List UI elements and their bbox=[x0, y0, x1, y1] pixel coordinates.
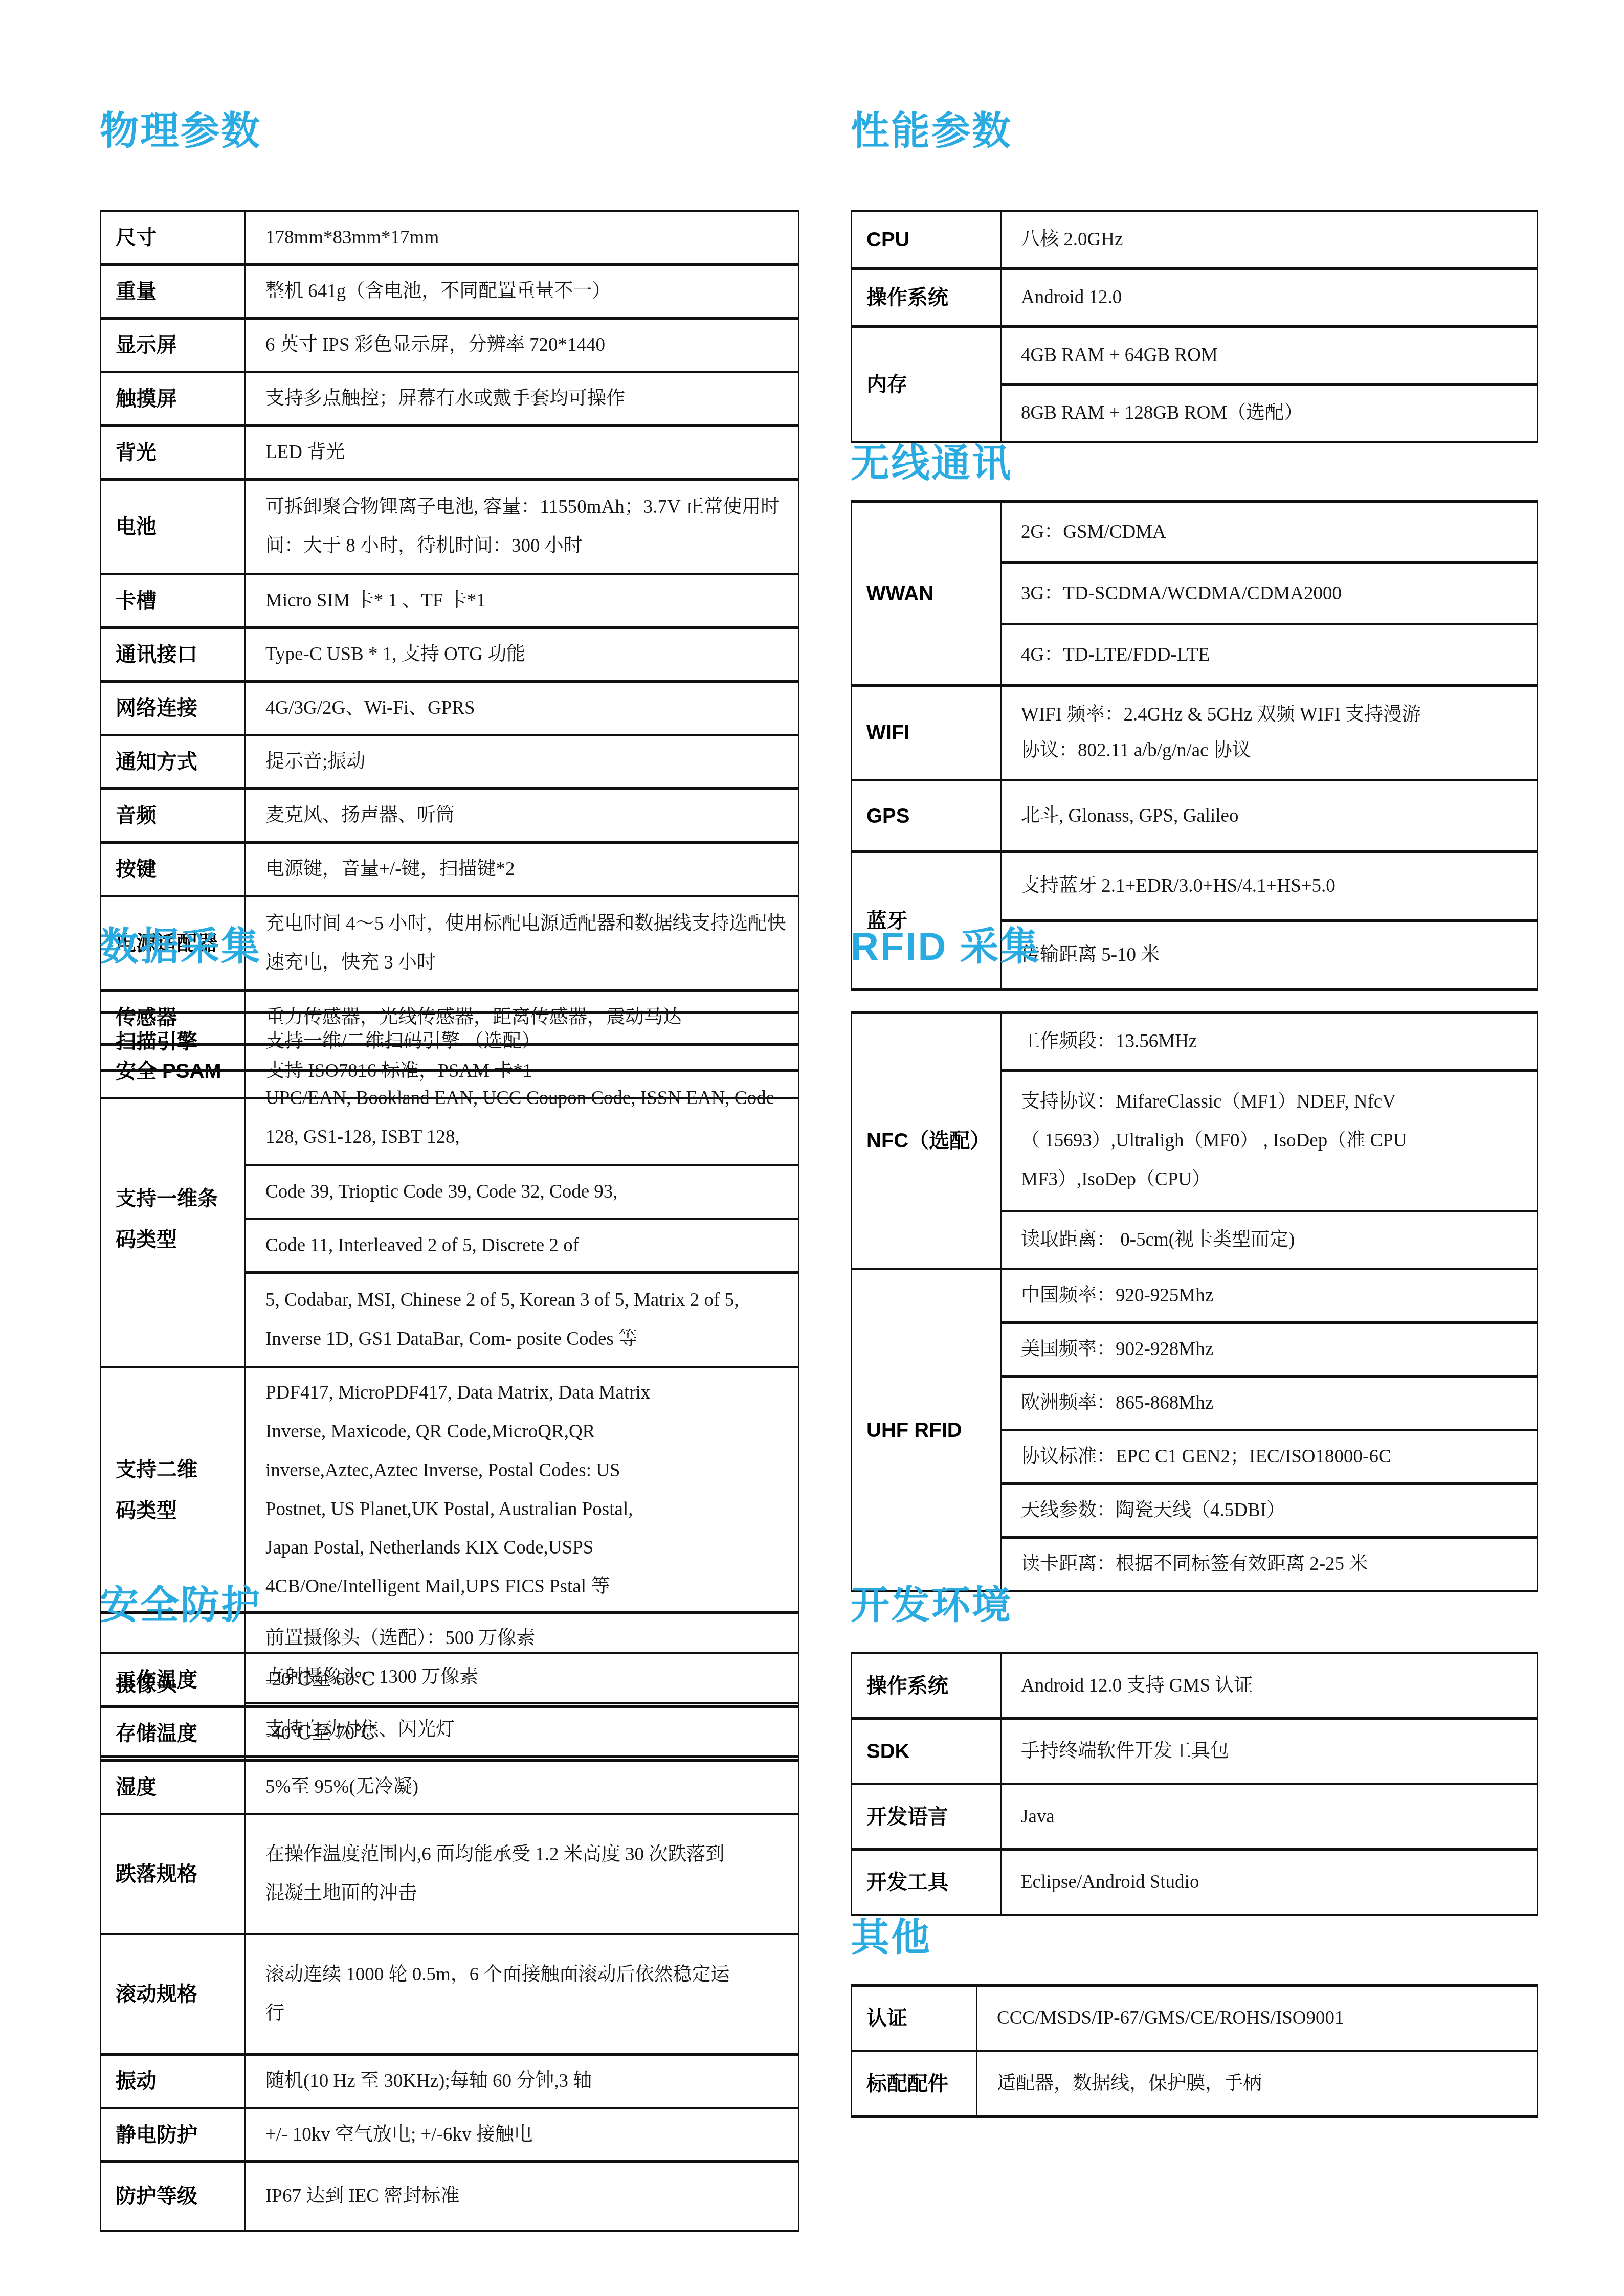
table-row: 网络连接 4G/3G/2G、Wi-Fi、GPRS bbox=[101, 682, 799, 735]
section-rfid: RFID 采集 bbox=[851, 926, 1538, 969]
spec-value: LED 背光 bbox=[246, 426, 799, 480]
table-row: 通知方式 提示音;振动 bbox=[101, 735, 799, 789]
spec-value: 6 英寸 IPS 彩色显示屏，分辨率 720*1440 bbox=[246, 319, 799, 372]
spec-value: 3G：TD-SCDMA/WCDMA/CDMA2000 bbox=[1001, 563, 1538, 624]
spec-value: 在操作温度范围内,6 面均能承受 1.2 米高度 30 次跌落到 混凝土地面的冲… bbox=[246, 1814, 799, 1934]
table-row: 按键 电源键，音量+/-键，扫描键*2 bbox=[101, 843, 799, 896]
spec-label: 开发语言 bbox=[852, 1784, 1001, 1850]
devenv-table: 操作系统 Android 12.0 支持 GMS 认证 SDK 手持终端软件开发… bbox=[851, 1652, 1538, 1916]
spec-value: PDF417, MicroPDF417, Data Matrix, Data M… bbox=[246, 1367, 799, 1613]
spec-value: 4G/3G/2G、Wi-Fi、GPRS bbox=[246, 682, 799, 735]
spec-value: 提示音;振动 bbox=[246, 735, 799, 789]
safety-table: 工作温度 -20℃至 60℃ 存储温度 -40℃至 70℃ 湿度 5%至 95%… bbox=[100, 1652, 799, 2232]
table-row: 振动 随机(10 Hz 至 30KHz);每轴 60 分钟,3 轴 bbox=[101, 2055, 799, 2108]
spec-value: Android 12.0 支持 GMS 认证 bbox=[1001, 1653, 1538, 1719]
spec-label: 防护等级 bbox=[101, 2162, 246, 2231]
spec-value: 协议标准：EPC C1 GEN2；IEC/ISO18000-6C bbox=[1001, 1430, 1538, 1484]
table-row: 音频 麦克风、扬声器、听筒 bbox=[101, 789, 799, 843]
spec-label: 尺寸 bbox=[101, 211, 246, 265]
spec-value: UPC/EAN, Bookland EAN, UCC Coupon Code, … bbox=[246, 1071, 799, 1165]
spec-value: 工作频段：13.56MHz bbox=[1001, 1013, 1538, 1071]
spec-value: 电源键，音量+/-键，扫描键*2 bbox=[246, 843, 799, 896]
spec-value: 中国频率：920-925Mhz bbox=[1001, 1269, 1538, 1323]
spec-value: IP67 达到 IEC 密封标准 bbox=[246, 2162, 799, 2231]
table-row: 标配配件 适配器，数据线，保护膜，手柄 bbox=[852, 2051, 1538, 2117]
spec-label: 静电防护 bbox=[101, 2108, 246, 2162]
spec-value: 八核 2.0GHz bbox=[1001, 211, 1538, 269]
safety-title: 安全防护 bbox=[100, 1584, 799, 1627]
table-row: 尺寸 178mm*83mm*17mm bbox=[101, 211, 799, 265]
spec-label: NFC（选配） bbox=[852, 1013, 1001, 1269]
spec-label: 按键 bbox=[101, 843, 246, 896]
spec-label: 跌落规格 bbox=[101, 1814, 246, 1934]
spec-label: 卡槽 bbox=[101, 574, 246, 628]
table-row: 开发工具 Eclipse/Android Studio bbox=[852, 1850, 1538, 1915]
table-row: 内存 4GB RAM + 64GB ROM bbox=[852, 327, 1538, 385]
physical-title: 物理参数 bbox=[100, 110, 799, 153]
spec-value: Android 12.0 bbox=[1001, 269, 1538, 327]
spec-value: 手持终端软件开发工具包 bbox=[1001, 1719, 1538, 1784]
spec-label: WIFI bbox=[852, 686, 1001, 780]
section-physical: 物理参数 bbox=[100, 110, 799, 153]
spec-label: UHF RFID bbox=[852, 1269, 1001, 1591]
spec-value: 5%至 95%(无冷凝) bbox=[246, 1761, 799, 1814]
table-row: 支持二维 码类型 PDF417, MicroPDF417, Data Matri… bbox=[101, 1367, 799, 1613]
spec-value: 整机 641g（含电池，不同配置重量不一） bbox=[246, 265, 799, 319]
spec-label: GPS bbox=[852, 780, 1001, 852]
spec-label: 工作温度 bbox=[101, 1653, 246, 1707]
devenv-title: 开发环境 bbox=[851, 1584, 1538, 1627]
safety-table-wrap: 工作温度 -20℃至 60℃ 存储温度 -40℃至 70℃ 湿度 5%至 95%… bbox=[100, 1652, 799, 2232]
table-row: 湿度 5%至 95%(无冷凝) bbox=[101, 1761, 799, 1814]
section-wireless: 无线通讯 bbox=[851, 442, 1538, 485]
section-devenv: 开发环境 bbox=[851, 1584, 1538, 1627]
section-datacapture: 数据采集 bbox=[100, 926, 799, 969]
rfid-table: NFC（选配） 工作频段：13.56MHz 支持协议：MifareClassic… bbox=[851, 1011, 1538, 1592]
table-row: SDK 手持终端软件开发工具包 bbox=[852, 1719, 1538, 1784]
spec-value: 北斗, Glonass, GPS, Galileo bbox=[1001, 780, 1538, 852]
table-row: 电池 可拆卸聚合物锂离子电池, 容量：11550mAh；3.7V 正常使用时间：… bbox=[101, 480, 799, 574]
spec-sheet-page: 物理参数 尺寸 178mm*83mm*17mm 重量 整机 641g（含电池，不… bbox=[0, 0, 1624, 2296]
spec-value: Eclipse/Android Studio bbox=[1001, 1850, 1538, 1915]
spec-value: Code 39, Trioptic Code 39, Code 32, Code… bbox=[246, 1165, 799, 1219]
spec-label: 电池 bbox=[101, 480, 246, 574]
table-row: 通讯接口 Type-C USB * 1, 支持 OTG 功能 bbox=[101, 628, 799, 682]
spec-label: 认证 bbox=[852, 1986, 977, 2051]
other-table: 认证 CCC/MSDS/IP-67/GMS/CE/ROHS/ISO9001 标配… bbox=[851, 1984, 1538, 2118]
section-other: 其他 bbox=[851, 1917, 1538, 1960]
rfid-table-wrap: NFC（选配） 工作频段：13.56MHz 支持协议：MifareClassic… bbox=[851, 1011, 1538, 1592]
table-row: 重量 整机 641g（含电池，不同配置重量不一） bbox=[101, 265, 799, 319]
table-row: 防护等级 IP67 达到 IEC 密封标准 bbox=[101, 2162, 799, 2231]
wireless-title: 无线通讯 bbox=[851, 442, 1538, 485]
spec-value: 滚动连续 1000 轮 0.5m，6 个面接触面滚动后依然稳定运 行 bbox=[246, 1934, 799, 2055]
spec-label: SDK bbox=[852, 1719, 1001, 1784]
table-row: 工作温度 -20℃至 60℃ bbox=[101, 1653, 799, 1707]
table-row: 操作系统 Android 12.0 支持 GMS 认证 bbox=[852, 1653, 1538, 1719]
spec-value: 支持一维/二维扫码引擎 （选配） bbox=[246, 1013, 799, 1071]
spec-value: 2G：GSM/CDMA bbox=[1001, 502, 1538, 563]
spec-value: 读取距离： 0-5cm(视卡类型而定) bbox=[1001, 1211, 1538, 1269]
spec-label: 操作系统 bbox=[852, 269, 1001, 327]
table-row: 认证 CCC/MSDS/IP-67/GMS/CE/ROHS/ISO9001 bbox=[852, 1986, 1538, 2051]
spec-label: 通讯接口 bbox=[101, 628, 246, 682]
spec-value: 欧洲频率：865-868Mhz bbox=[1001, 1377, 1538, 1430]
datacapture-table-wrap: 扫描引擎 支持一维/二维扫码引擎 （选配） 支持一维条 码类型 UPC/EAN,… bbox=[100, 1011, 799, 1758]
spec-value: +/- 10kv 空气放电; +/-6kv 接触电 bbox=[246, 2108, 799, 2162]
table-row: 支持一维条 码类型 UPC/EAN, Bookland EAN, UCC Cou… bbox=[101, 1071, 799, 1165]
spec-value: 天线参数：陶瓷天线（4.5DBI） bbox=[1001, 1484, 1538, 1538]
table-row: 静电防护 +/- 10kv 空气放电; +/-6kv 接触电 bbox=[101, 2108, 799, 2162]
datacapture-table: 扫描引擎 支持一维/二维扫码引擎 （选配） 支持一维条 码类型 UPC/EAN,… bbox=[100, 1011, 799, 1758]
table-row: WWAN 2G：GSM/CDMA bbox=[852, 502, 1538, 563]
spec-label: 扫描引擎 bbox=[101, 1013, 246, 1071]
performance-title: 性能参数 bbox=[851, 110, 1538, 153]
spec-label: 网络连接 bbox=[101, 682, 246, 735]
spec-value: 美国频率：902-928Mhz bbox=[1001, 1323, 1538, 1377]
devenv-table-wrap: 操作系统 Android 12.0 支持 GMS 认证 SDK 手持终端软件开发… bbox=[851, 1652, 1538, 1916]
table-row: 显示屏 6 英寸 IPS 彩色显示屏，分辨率 720*1440 bbox=[101, 319, 799, 372]
spec-label: 支持一维条 码类型 bbox=[101, 1071, 246, 1367]
spec-label: 内存 bbox=[852, 327, 1001, 442]
rfid-title: RFID 采集 bbox=[851, 926, 1538, 969]
spec-value: 随机(10 Hz 至 30KHz);每轴 60 分钟,3 轴 bbox=[246, 2055, 799, 2108]
section-performance: 性能参数 bbox=[851, 110, 1538, 153]
spec-label: 开发工具 bbox=[852, 1850, 1001, 1915]
spec-value: Code 11, Interleaved 2 of 5, Discrete 2 … bbox=[246, 1219, 799, 1273]
spec-value: Java bbox=[1001, 1784, 1538, 1850]
table-row: 操作系统 Android 12.0 bbox=[852, 269, 1538, 327]
table-row: WIFI WIFI 频率：2.4GHz & 5GHz 双频 WIFI 支持漫游 … bbox=[852, 686, 1538, 780]
spec-label: 标配配件 bbox=[852, 2051, 977, 2117]
spec-label: 操作系统 bbox=[852, 1653, 1001, 1719]
spec-label: 背光 bbox=[101, 426, 246, 480]
table-row: 触摸屏 支持多点触控；屏幕有水或戴手套均可操作 bbox=[101, 372, 799, 426]
table-row: 蓝牙 支持蓝牙 2.1+EDR/3.0+HS/4.1+HS+5.0 bbox=[852, 852, 1538, 921]
spec-label: 通知方式 bbox=[101, 735, 246, 789]
table-row: 扫描引擎 支持一维/二维扫码引擎 （选配） bbox=[101, 1013, 799, 1071]
spec-value: CCC/MSDS/IP-67/GMS/CE/ROHS/ISO9001 bbox=[977, 1986, 1538, 2051]
performance-table-wrap: CPU 八核 2.0GHz 操作系统 Android 12.0 内存 4GB R… bbox=[851, 210, 1538, 443]
spec-value: 麦克风、扬声器、听筒 bbox=[246, 789, 799, 843]
spec-value: 支持协议：MifareClassic（MF1）NDEF, NfcV （ 1569… bbox=[1001, 1071, 1538, 1211]
spec-value: 支持多点触控；屏幕有水或戴手套均可操作 bbox=[246, 372, 799, 426]
spec-value: Type-C USB * 1, 支持 OTG 功能 bbox=[246, 628, 799, 682]
spec-label: 重量 bbox=[101, 265, 246, 319]
table-row: NFC（选配） 工作频段：13.56MHz bbox=[852, 1013, 1538, 1071]
spec-value: 支持蓝牙 2.1+EDR/3.0+HS/4.1+HS+5.0 bbox=[1001, 852, 1538, 921]
spec-value: -40℃至 70℃ bbox=[246, 1707, 799, 1761]
spec-value: 8GB RAM + 128GB ROM（选配） bbox=[1001, 385, 1538, 442]
spec-label: 显示屏 bbox=[101, 319, 246, 372]
spec-label: CPU bbox=[852, 211, 1001, 269]
table-row: 跌落规格 在操作温度范围内,6 面均能承受 1.2 米高度 30 次跌落到 混凝… bbox=[101, 1814, 799, 1934]
spec-value: Micro SIM 卡* 1 、TF 卡*1 bbox=[246, 574, 799, 628]
table-row: GPS 北斗, Glonass, GPS, Galileo bbox=[852, 780, 1538, 852]
spec-label: 支持二维 码类型 bbox=[101, 1367, 246, 1613]
table-row: 开发语言 Java bbox=[852, 1784, 1538, 1850]
spec-label: WWAN bbox=[852, 502, 1001, 686]
spec-label: 音频 bbox=[101, 789, 246, 843]
spec-label: 湿度 bbox=[101, 1761, 246, 1814]
wireless-table-wrap: WWAN 2G：GSM/CDMA 3G：TD-SCDMA/WCDMA/CDMA2… bbox=[851, 500, 1538, 991]
spec-value: 读卡距离：根据不同标签有效距离 2-25 米 bbox=[1001, 1538, 1538, 1591]
datacapture-title: 数据采集 bbox=[100, 926, 799, 969]
spec-label: 振动 bbox=[101, 2055, 246, 2108]
spec-value: 可拆卸聚合物锂离子电池, 容量：11550mAh；3.7V 正常使用时间：大于 … bbox=[246, 480, 799, 574]
spec-label: 蓝牙 bbox=[852, 852, 1001, 990]
spec-label: 滚动规格 bbox=[101, 1934, 246, 2055]
spec-value: 5, Codabar, MSI, Chinese 2 of 5, Korean … bbox=[246, 1273, 799, 1367]
spec-label: 触摸屏 bbox=[101, 372, 246, 426]
other-table-wrap: 认证 CCC/MSDS/IP-67/GMS/CE/ROHS/ISO9001 标配… bbox=[851, 1984, 1538, 2118]
table-row: 存储温度 -40℃至 70℃ bbox=[101, 1707, 799, 1761]
other-title: 其他 bbox=[851, 1917, 1538, 1960]
wireless-table: WWAN 2G：GSM/CDMA 3G：TD-SCDMA/WCDMA/CDMA2… bbox=[851, 500, 1538, 991]
spec-value: -20℃至 60℃ bbox=[246, 1653, 799, 1707]
table-row: 卡槽 Micro SIM 卡* 1 、TF 卡*1 bbox=[101, 574, 799, 628]
table-row: CPU 八核 2.0GHz bbox=[852, 211, 1538, 269]
performance-table: CPU 八核 2.0GHz 操作系统 Android 12.0 内存 4GB R… bbox=[851, 210, 1538, 443]
spec-value: WIFI 频率：2.4GHz & 5GHz 双频 WIFI 支持漫游 协议：80… bbox=[1001, 686, 1538, 780]
spec-value: 4G：TD-LTE/FDD-LTE bbox=[1001, 624, 1538, 686]
spec-value: 4GB RAM + 64GB ROM bbox=[1001, 327, 1538, 385]
table-row: 背光 LED 背光 bbox=[101, 426, 799, 480]
table-row: 滚动规格 滚动连续 1000 轮 0.5m，6 个面接触面滚动后依然稳定运 行 bbox=[101, 1934, 799, 2055]
section-safety: 安全防护 bbox=[100, 1584, 799, 1627]
table-row: UHF RFID 中国频率：920-925Mhz bbox=[852, 1269, 1538, 1323]
spec-label: 存储温度 bbox=[101, 1707, 246, 1761]
spec-value: 178mm*83mm*17mm bbox=[246, 211, 799, 265]
spec-value: 适配器，数据线，保护膜，手柄 bbox=[977, 2051, 1538, 2117]
